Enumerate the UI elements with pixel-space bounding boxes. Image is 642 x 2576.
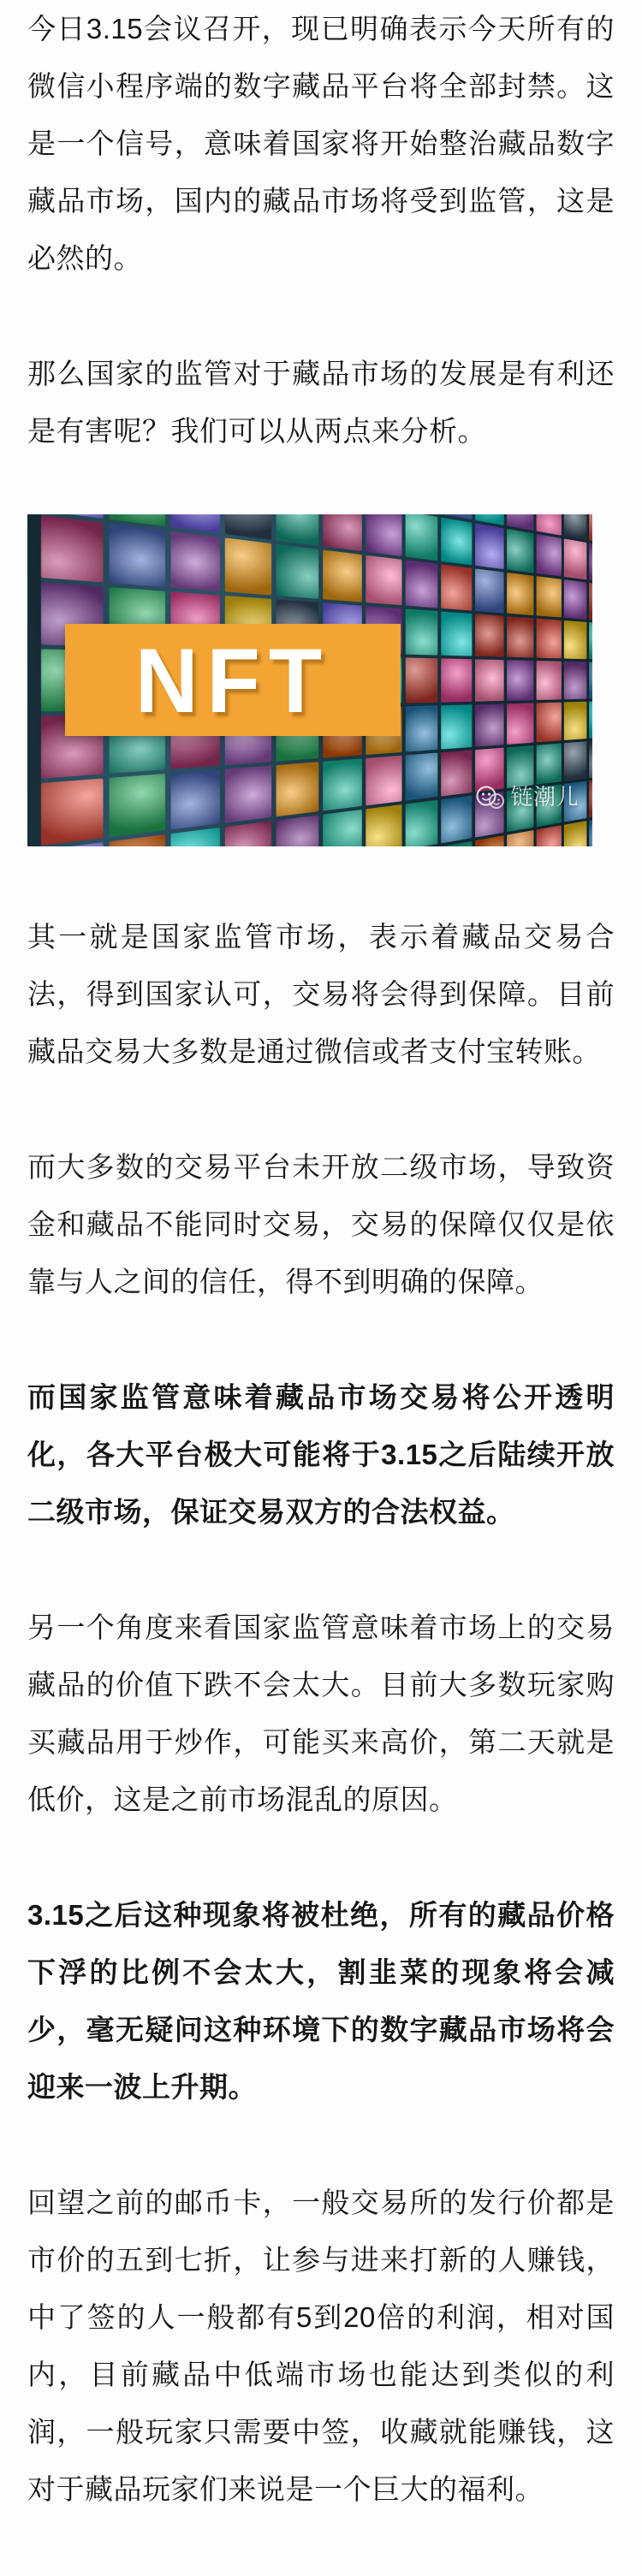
mosaic-tile	[507, 573, 533, 615]
mosaic-tile	[475, 835, 503, 846]
mosaic-tile	[276, 762, 318, 816]
mosaic-tile	[589, 816, 592, 846]
mosaic-tile	[475, 568, 503, 613]
mosaic-tile	[442, 750, 473, 796]
mosaic-tile	[536, 514, 561, 536]
mosaic-tile	[323, 549, 361, 602]
mosaic-tile	[589, 543, 592, 583]
mosaic-tile	[507, 616, 533, 658]
mosaic-tile	[442, 611, 473, 656]
mosaic-tile	[563, 514, 586, 540]
mosaic-tile	[589, 514, 592, 544]
mosaic-tile	[475, 703, 503, 746]
mosaic-tile	[475, 614, 503, 656]
mosaic-tile	[589, 583, 592, 621]
mosaic-tile	[109, 774, 164, 837]
mosaic-tile	[589, 778, 592, 817]
mosaic-tile	[507, 660, 533, 701]
mosaic-tile	[589, 622, 592, 660]
mosaic-tile	[507, 830, 533, 846]
mosaic-tile	[536, 661, 561, 700]
article-paragraph-4: 而大多数的交易平台未开放二级市场，导致资金和藏品不能同时交易，交易的保障仅仅是依…	[27, 1138, 615, 1310]
nft-article-image[interactable]: NFT 链潮儿	[27, 514, 592, 846]
article-paragraph-6: 另一个角度来看国家监管意味着市场上的交易藏品的价值下跌不会太大。目前大多数玩家购…	[27, 1599, 615, 1828]
mosaic-tile	[366, 756, 401, 806]
watermark-text: 链潮儿	[510, 769, 579, 826]
article-paragraph-5-bold: 而国家监管意味着藏品市场交易将公开透明化，各大平台极大可能将于3.15之后陆续开…	[27, 1368, 615, 1540]
mosaic-tile	[536, 825, 561, 846]
mosaic-tile	[405, 608, 438, 655]
mosaic-tile	[405, 514, 438, 561]
mosaic-tile	[507, 514, 533, 531]
mosaic-tile	[225, 821, 271, 846]
mosaic-tile	[589, 739, 592, 778]
mosaic-tile	[366, 804, 401, 846]
mosaic-tile	[442, 796, 473, 844]
mosaic-tile	[169, 531, 220, 591]
mosaic-tile	[405, 753, 438, 801]
mosaic-tile	[225, 514, 271, 540]
mosaic-tile	[405, 800, 438, 846]
mosaic-tile	[366, 514, 401, 556]
mosaic-tile	[225, 765, 271, 822]
mosaic-tile	[276, 544, 318, 599]
nft-label-badge: NFT	[65, 624, 401, 736]
mosaic-tile	[536, 576, 561, 617]
mosaic-tile	[536, 703, 561, 743]
mosaic-tile	[475, 523, 503, 569]
mosaic-tile	[323, 514, 361, 551]
mosaic-tile	[507, 703, 533, 745]
mosaic-tile	[589, 701, 592, 739]
mosaic-tile	[405, 560, 438, 608]
watermark-logo-icon	[475, 785, 504, 810]
mosaic-tile	[41, 515, 103, 583]
article-paragraph-3: 其一就是国家监管市场，表示着藏品交易合法，得到国家认可，交易将会得到保障。目前藏…	[27, 908, 615, 1080]
mosaic-tile	[475, 659, 503, 701]
mosaic-tile	[41, 779, 103, 846]
mosaic-tile	[536, 534, 561, 577]
mosaic-tile	[563, 579, 586, 620]
mosaic-tile	[442, 565, 473, 611]
mosaic-tile	[276, 815, 318, 846]
mosaic-tile	[563, 538, 586, 579]
image-watermark: 链潮儿	[475, 769, 579, 826]
article-paragraph-7-bold: 3.15之后这种现象将被杜绝，所有的藏品价格下浮的比例不会太大，割韭菜的现象将会…	[27, 1886, 615, 2116]
mosaic-tile	[405, 705, 438, 751]
mosaic-tile	[442, 704, 473, 749]
mosaic-tile	[366, 555, 401, 606]
mosaic-tile	[169, 828, 220, 846]
mosaic-tile	[442, 658, 473, 702]
mosaic-tile	[563, 662, 586, 700]
mosaic-tile	[323, 758, 361, 810]
mosaic-tile	[109, 524, 164, 587]
mosaic-tile	[276, 514, 318, 546]
mosaic-tile	[405, 657, 438, 703]
mosaic-tile	[169, 769, 220, 830]
mosaic-tile	[323, 810, 361, 846]
article-body: 今日3.15会议召开，现已明确表示今天所有的微信小程序端的数字藏品平台将全部封禁…	[0, 0, 642, 2518]
article-paragraph-1: 今日3.15会议召开，现已明确表示今天所有的微信小程序端的数字藏品平台将全部封禁…	[27, 0, 615, 287]
mosaic-tile	[563, 702, 586, 740]
mosaic-tile	[536, 619, 561, 659]
mosaic-tile	[225, 537, 271, 595]
nft-label-text: NFT	[135, 634, 330, 726]
mosaic-tile	[442, 518, 473, 566]
mosaic-tile	[563, 620, 586, 659]
mosaic-tile	[507, 529, 533, 573]
article-paragraph-8: 回望之前的邮币卡，一般交易所的发行价都是市价的五到七折，让参与进来打新的人赚钱，…	[27, 2174, 615, 2518]
article-paragraph-2: 那么国家的监管对于藏品市场的发展是有利还是有害呢？我们可以从两点来分析。	[27, 345, 615, 460]
mosaic-tile	[169, 514, 220, 533]
mosaic-tile	[589, 662, 592, 698]
